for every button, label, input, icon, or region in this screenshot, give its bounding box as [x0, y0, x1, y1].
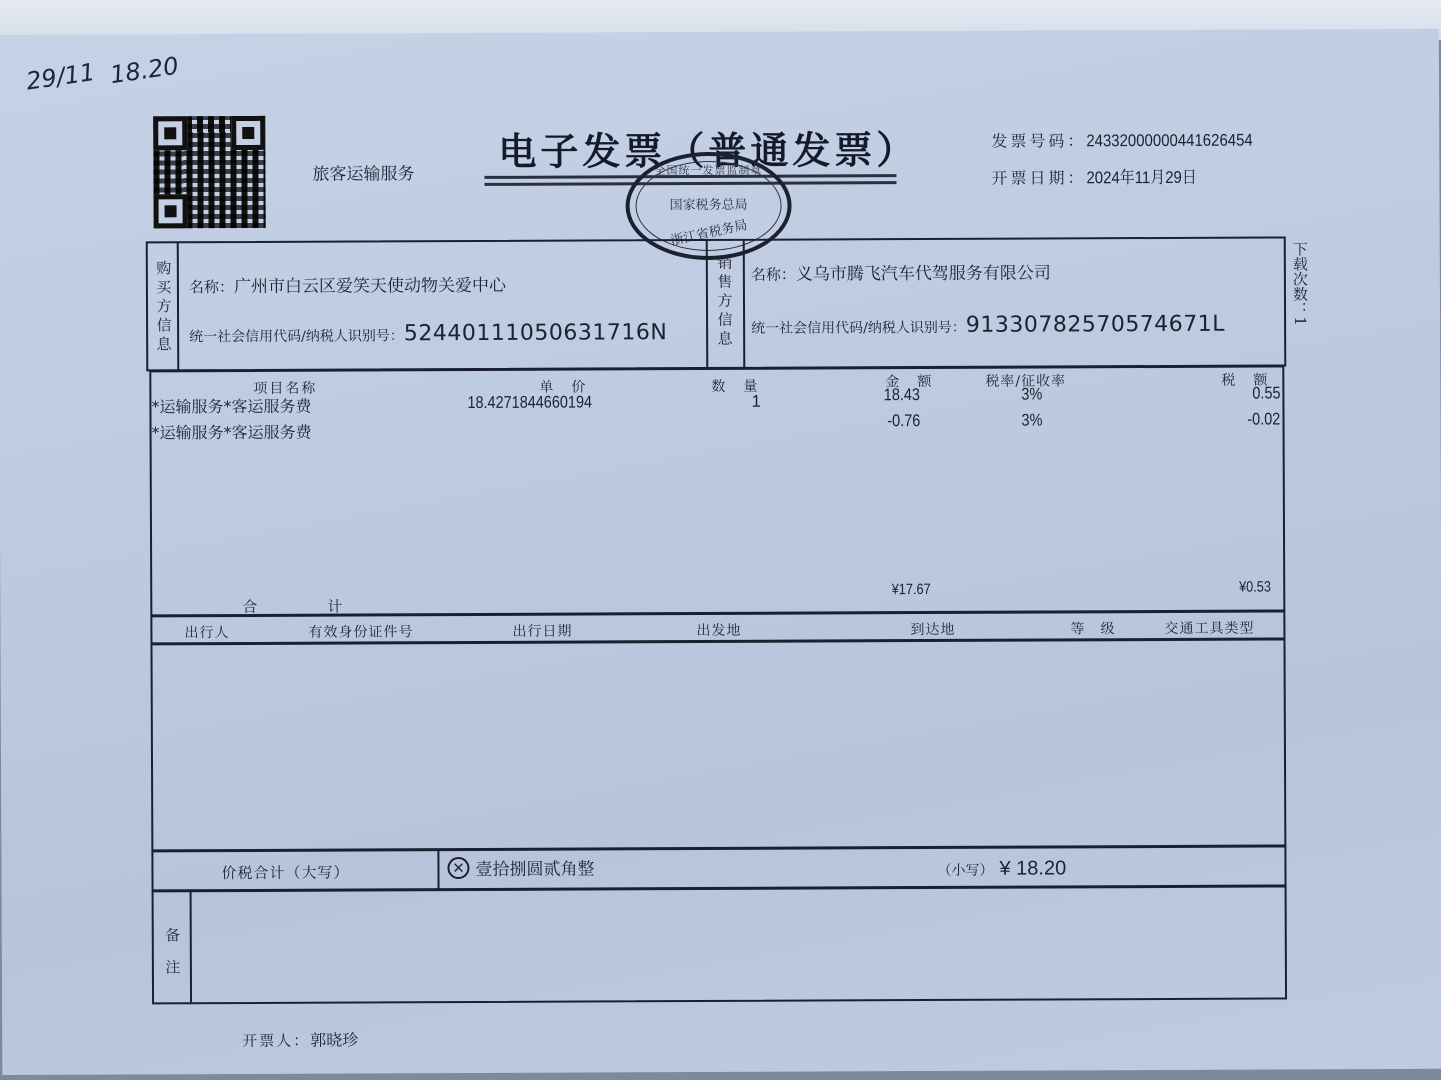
buyer-taxid-label: 统一社会信用代码/纳税人识别号： — [189, 325, 404, 346]
qr-finder-icon — [153, 116, 187, 150]
total-amount: ¥17.67 — [892, 581, 931, 598]
invoice-number: 24332000000441626454 — [1086, 131, 1252, 152]
travel-header-6: 交通工具类型 — [1164, 618, 1254, 638]
cell-quantity: 1 — [751, 392, 761, 412]
buyer-taxid: 52440111050631716N — [404, 320, 668, 346]
travel-header-0: 出行人 — [184, 622, 229, 642]
issue-date-label: 开票日期： — [991, 165, 1086, 188]
cell-unit-price: 18.4271844660194 — [467, 392, 592, 413]
qr-finder-icon — [154, 194, 188, 228]
seller-name: 义乌市腾飞汽车代驾服务有限公司 — [796, 263, 1051, 284]
travel-header-2: 出行日期 — [512, 621, 572, 641]
seal-arc-text: 全国统一发票监制章 — [629, 162, 787, 179]
cell-tax: 0.55 — [1252, 383, 1280, 403]
qr-code — [153, 116, 265, 228]
circled-x-icon: ✕ — [447, 857, 469, 879]
grand-total-label: 价税合计（大写） — [221, 862, 349, 884]
cell-tax: -0.02 — [1248, 409, 1281, 429]
cell-name: *运输服务*客运服务费 — [152, 420, 312, 444]
seller-name-label: 名称： — [751, 266, 796, 284]
grand-total-uppercase: 壹拾捌圆贰角整 — [475, 854, 594, 880]
cell-tax-rate: 3% — [1021, 385, 1042, 405]
seller-section-label: 销售方信息 — [712, 254, 738, 349]
seller-taxid-label: 统一社会信用代码/纳税人识别号： — [751, 317, 966, 338]
grand-total-lowercase: ¥ 18.20 — [999, 857, 1066, 880]
buyer-section-label: 购买方信息 — [151, 259, 177, 354]
remarks-field — [198, 893, 1278, 994]
qr-finder-icon — [231, 116, 265, 150]
issuer-name: 郭晓珍 — [310, 1027, 358, 1050]
travel-header-1: 有效身份证件号 — [308, 621, 413, 641]
cell-amount: 18.43 — [884, 385, 920, 405]
seller-taxid: 91330782570574671L — [966, 312, 1225, 338]
download-count: 下载次数：1 — [1291, 241, 1309, 326]
remarks-label: 备注 — [160, 919, 186, 983]
handwritten-amount: 18.20 — [108, 52, 180, 90]
handwritten-date: 29/11 — [24, 58, 96, 96]
service-type: 旅客运输服务 — [312, 159, 414, 184]
total-tax: ¥0.53 — [1239, 579, 1271, 596]
buyer-name-label: 名称： — [189, 278, 234, 296]
issue-date: 2024年11月29日 — [1086, 163, 1196, 188]
buyer-name: 广州市白云区爱笑天使动物关爱中心 — [234, 276, 506, 297]
invoice-paper: 29/11 18.20 旅客运输服务 电子发票（普通发票） 全国统一发票监制章 … — [0, 29, 1441, 1075]
grand-total-lowercase-label: （小写） — [937, 860, 993, 880]
travel-header-4: 到达地 — [910, 619, 955, 639]
cell-name: *运输服务*客运服务费 — [151, 394, 311, 418]
travel-header-5: 等 级 — [1070, 618, 1115, 638]
issuer-label: 开票人： — [242, 1030, 310, 1051]
travel-header-3: 出发地 — [696, 620, 741, 640]
cell-tax-rate: 3% — [1021, 411, 1042, 431]
cell-amount: -0.76 — [888, 411, 921, 431]
invoice-number-label: 发票号码： — [991, 128, 1086, 151]
